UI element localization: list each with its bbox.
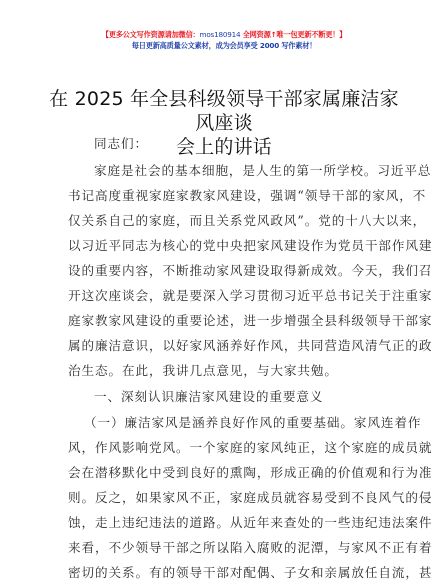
paragraph-line: 书记高度重视家庭家教家风建设，强调“领导干部的家风，不 (68, 186, 426, 206)
paragraph-line: 治生态。在此，我讲几点意见，与大家共勉。 (68, 361, 338, 381)
promo-suffix: 全网资源↑唯一包更新不断更！】 (240, 30, 346, 39)
subsection-label: （一）廉洁家风是涵养良好作风的重要基础。 (84, 415, 354, 430)
salutation: 同志们： (94, 134, 148, 154)
paragraph-line: 庭家教家风建设的重要论述，进一步增强全县科级领导干部家 (68, 311, 432, 331)
title-line-1: 在 2025 年全县科级领导干部家属廉洁家风座谈 (40, 87, 408, 135)
section-heading: 一、深刻认识廉洁家风建设的重要意义 (94, 387, 323, 407)
promo-banner-line-1: 【更多公文写作资源请加微信：mos180914 全网资源↑唯一包更新不断更！】 (0, 30, 448, 40)
promo-prefix: 【更多公文写作资源请加微信： (102, 30, 200, 39)
paragraph-line: 设的重要内容，不断推动家风建设取得新成效。今天，我们召 (68, 261, 432, 281)
paragraph-line: 蚀，走上违纪违法的道路。从近年来查处的一些违纪违法案件 (68, 513, 432, 533)
paragraph-line: 家庭是社会的基本细胞，是人生的第一所学校。习近平总 (94, 161, 431, 181)
paragraph-line: 属的廉洁意识，以好家风涵养好作风，共同营造风清气正的政 (68, 336, 432, 356)
paragraph-line: 仅关系自己的家庭，而且关系党风政风”。党的十八大以来， (68, 211, 426, 231)
document-page: 【更多公文写作资源请加微信：mos180914 全网资源↑唯一包更新不断更！】 … (0, 0, 448, 580)
wechat-id: mos180914 (200, 30, 241, 39)
promo-banner-line-2: 每日更新高质量公文素材，成为会员享受 2000 写作素材！ (0, 41, 448, 51)
paragraph-line: 以习近平同志为核心的党中央把家风建设作为党员干部作风建 (68, 236, 432, 256)
paragraph-line: 则。反之，如果家风不正，家庭成员就容易受到不良风气的侵 (68, 488, 432, 508)
page-number: 1 (0, 545, 448, 555)
paragraph-line: 密切的关系。有的领导干部对配偶、子女和亲属放任自流，甚 (68, 563, 432, 580)
paragraph-line: 开这次座谈会，就是要深入学习贯彻习近平总书记关于注重家 (68, 286, 432, 306)
subsection-text: 家风连着作 (354, 415, 421, 430)
paragraph-line: 会在潜移默化中受到良好的熏陶，形成正确的价值观和行为准 (68, 463, 432, 483)
paragraph-line: 风，作风影响党风。一个家庭的家风纯正，这个家庭的成员就 (68, 438, 432, 458)
subsection-heading: （一）廉洁家风是涵养良好作风的重要基础。家风连着作 (84, 413, 421, 433)
